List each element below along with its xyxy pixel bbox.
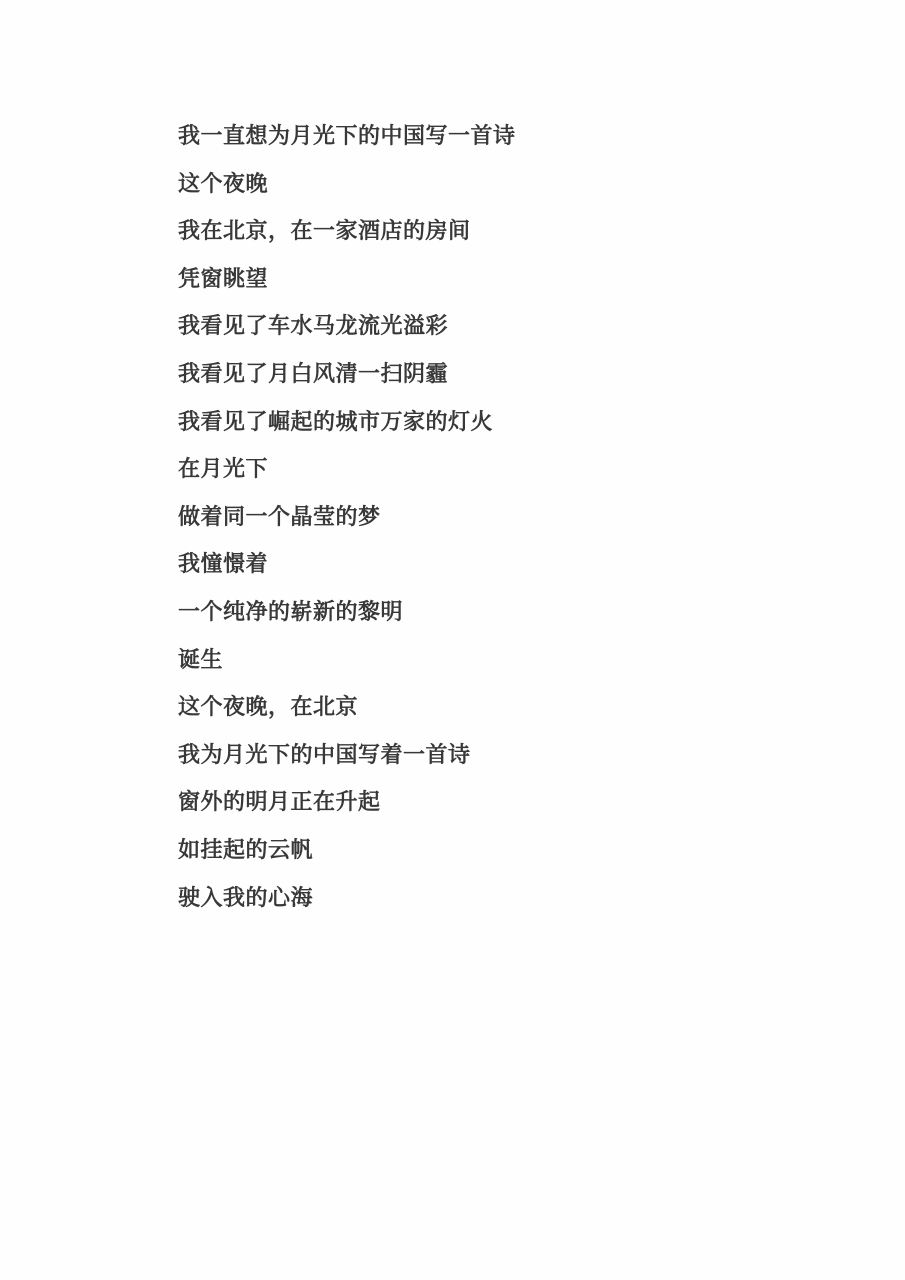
poem-line: 我为月光下的中国写着一首诗 — [178, 731, 738, 779]
poem-line: 凭窗眺望 — [178, 255, 738, 303]
poem-line: 窗外的明月正在升起 — [178, 778, 738, 826]
poem-line: 我看见了月白风清一扫阴霾 — [178, 350, 738, 398]
poem-line: 我憧憬着 — [178, 540, 738, 588]
poem-line: 这个夜晚 — [178, 160, 738, 208]
poem-line: 我看见了车水马龙流光溢彩 — [178, 302, 738, 350]
poem-line: 我一直想为月光下的中国写一首诗 — [178, 112, 738, 160]
document-page: 我一直想为月光下的中国写一首诗 这个夜晚 我在北京，在一家酒店的房间 凭窗眺望 … — [0, 0, 905, 1280]
poem-line: 如挂起的云帆 — [178, 826, 738, 874]
poem-line: 一个纯净的崭新的黎明 — [178, 588, 738, 636]
poem-line: 我在北京，在一家酒店的房间 — [178, 207, 738, 255]
poem-line: 驶入我的心海 — [178, 874, 738, 922]
poem-line: 做着同一个晶莹的梦 — [178, 493, 738, 541]
poem-text-block: 我一直想为月光下的中国写一首诗 这个夜晚 我在北京，在一家酒店的房间 凭窗眺望 … — [178, 112, 738, 921]
poem-line: 这个夜晚，在北京 — [178, 683, 738, 731]
poem-line: 诞生 — [178, 636, 738, 684]
poem-line: 在月光下 — [178, 445, 738, 493]
poem-line: 我看见了崛起的城市万家的灯火 — [178, 398, 738, 446]
